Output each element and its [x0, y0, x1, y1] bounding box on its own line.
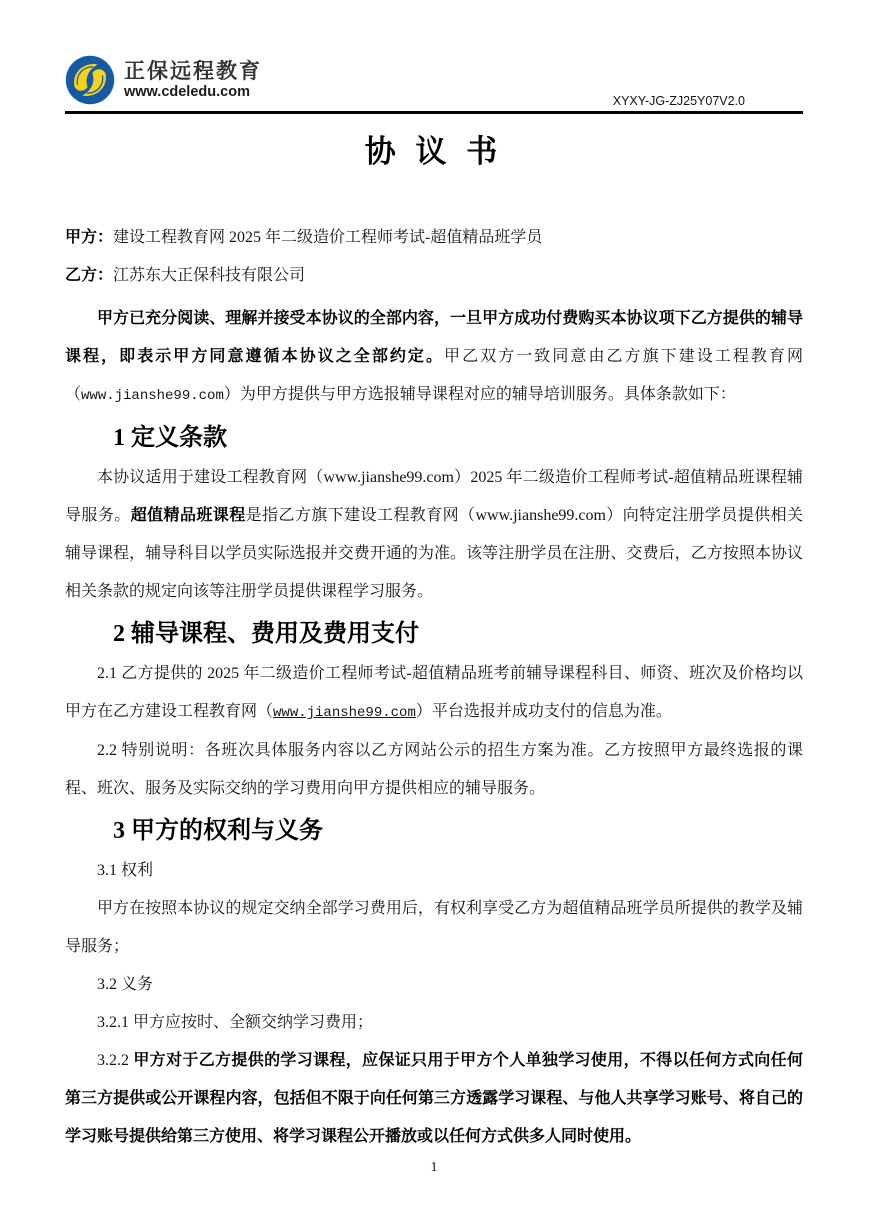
- party-b-line: 乙方：江苏东大正保科技有限公司: [65, 257, 803, 295]
- page-number: 1: [431, 1160, 438, 1175]
- brand-logo-icon: [65, 55, 115, 105]
- parties-block: 甲方：建设工程教育网 2025 年二级造价工程师考试-超值精品班学员 乙方：江苏…: [65, 219, 803, 295]
- definitions-bold-term: 超值精品班课程: [131, 507, 246, 524]
- party-b-value: 江苏东大正保科技有限公司: [113, 267, 305, 284]
- brand-name: 正保远程教育: [124, 60, 262, 84]
- document-code: XYXY-JG-ZJ25Y07V2.0: [613, 94, 803, 108]
- party-a-label: 甲方：: [65, 229, 113, 246]
- definitions-paragraph: 本协议适用于建设工程教育网（www.jianshe99.com）2025 年二级…: [65, 459, 803, 611]
- clause-3-2-title: 3.2 义务: [65, 966, 803, 1004]
- clause-3-2-2-number: 3.2.2: [97, 1052, 133, 1069]
- page-title: 协 议 书: [65, 129, 803, 175]
- section-heading-party-a-rights: 3 甲方的权利与义务: [65, 812, 803, 850]
- clause-3-1-title: 3.1 权利: [65, 852, 803, 890]
- clause-2-2-paragraph: 2.2 特别说明：各班次具体服务内容以乙方网站公示的招生方案为准。乙方按照甲方最…: [65, 732, 803, 808]
- intro-url-text: www.jianshe99.com: [81, 388, 224, 404]
- section-heading-definitions: 1 定义条款: [65, 419, 803, 457]
- brand-url: www.cdeledu.com: [124, 84, 262, 101]
- clause-3-2-2-bold-text: 甲方对于乙方提供的学习课程，应保证只用于甲方个人单独学习使用，不得以任何方式向任…: [65, 1052, 803, 1145]
- page-footer: 1: [65, 1156, 803, 1180]
- party-b-label: 乙方：: [65, 267, 113, 284]
- clause-3-2-2-paragraph: 3.2.2 甲方对于乙方提供的学习课程，应保证只用于甲方个人单独学习使用，不得以…: [65, 1042, 803, 1156]
- clause-2-1-text-post: ）平台选报并成功支付的信息为准。: [416, 703, 672, 720]
- document-body: 甲方：建设工程教育网 2025 年二级造价工程师考试-超值精品班学员 乙方：江苏…: [65, 219, 803, 1156]
- clause-3-1-body: 甲方在按照本协议的规定交纳全部学习费用后，有权利享受乙方为超值精品班学员所提供的…: [65, 890, 803, 966]
- document-page: 正保远程教育 www.cdeledu.com XYXY-JG-ZJ25Y07V2…: [0, 0, 869, 1224]
- clause-3-2-1-paragraph: 3.2.1 甲方应按时、全额交纳学习费用；: [65, 1004, 803, 1042]
- section-heading-fees: 2 辅导课程、费用及费用支付: [65, 615, 803, 653]
- party-a-line: 甲方：建设工程教育网 2025 年二级造价工程师考试-超值精品班学员: [65, 219, 803, 257]
- brand-text: 正保远程教育 www.cdeledu.com: [124, 60, 262, 101]
- intro-regular-tail: ）为甲方提供与甲方选报辅导课程对应的辅导培训服务。具体条款如下：: [224, 386, 736, 403]
- page-header: 正保远程教育 www.cdeledu.com XYXY-JG-ZJ25Y07V2…: [65, 52, 803, 114]
- clause-2-1-paragraph: 2.1 乙方提供的 2025 年二级造价工程师考试-超值精品班考前辅导课程科目、…: [65, 655, 803, 732]
- jianshe99-link[interactable]: www.jianshe99.com: [273, 705, 416, 721]
- party-a-value: 建设工程教育网 2025 年二级造价工程师考试-超值精品班学员: [113, 229, 542, 246]
- intro-paragraph: 甲方已充分阅读、理解并接受本协议的全部内容，一旦甲方成功付费购买本协议项下乙方提…: [65, 300, 803, 415]
- brand: 正保远程教育 www.cdeledu.com: [65, 55, 262, 109]
